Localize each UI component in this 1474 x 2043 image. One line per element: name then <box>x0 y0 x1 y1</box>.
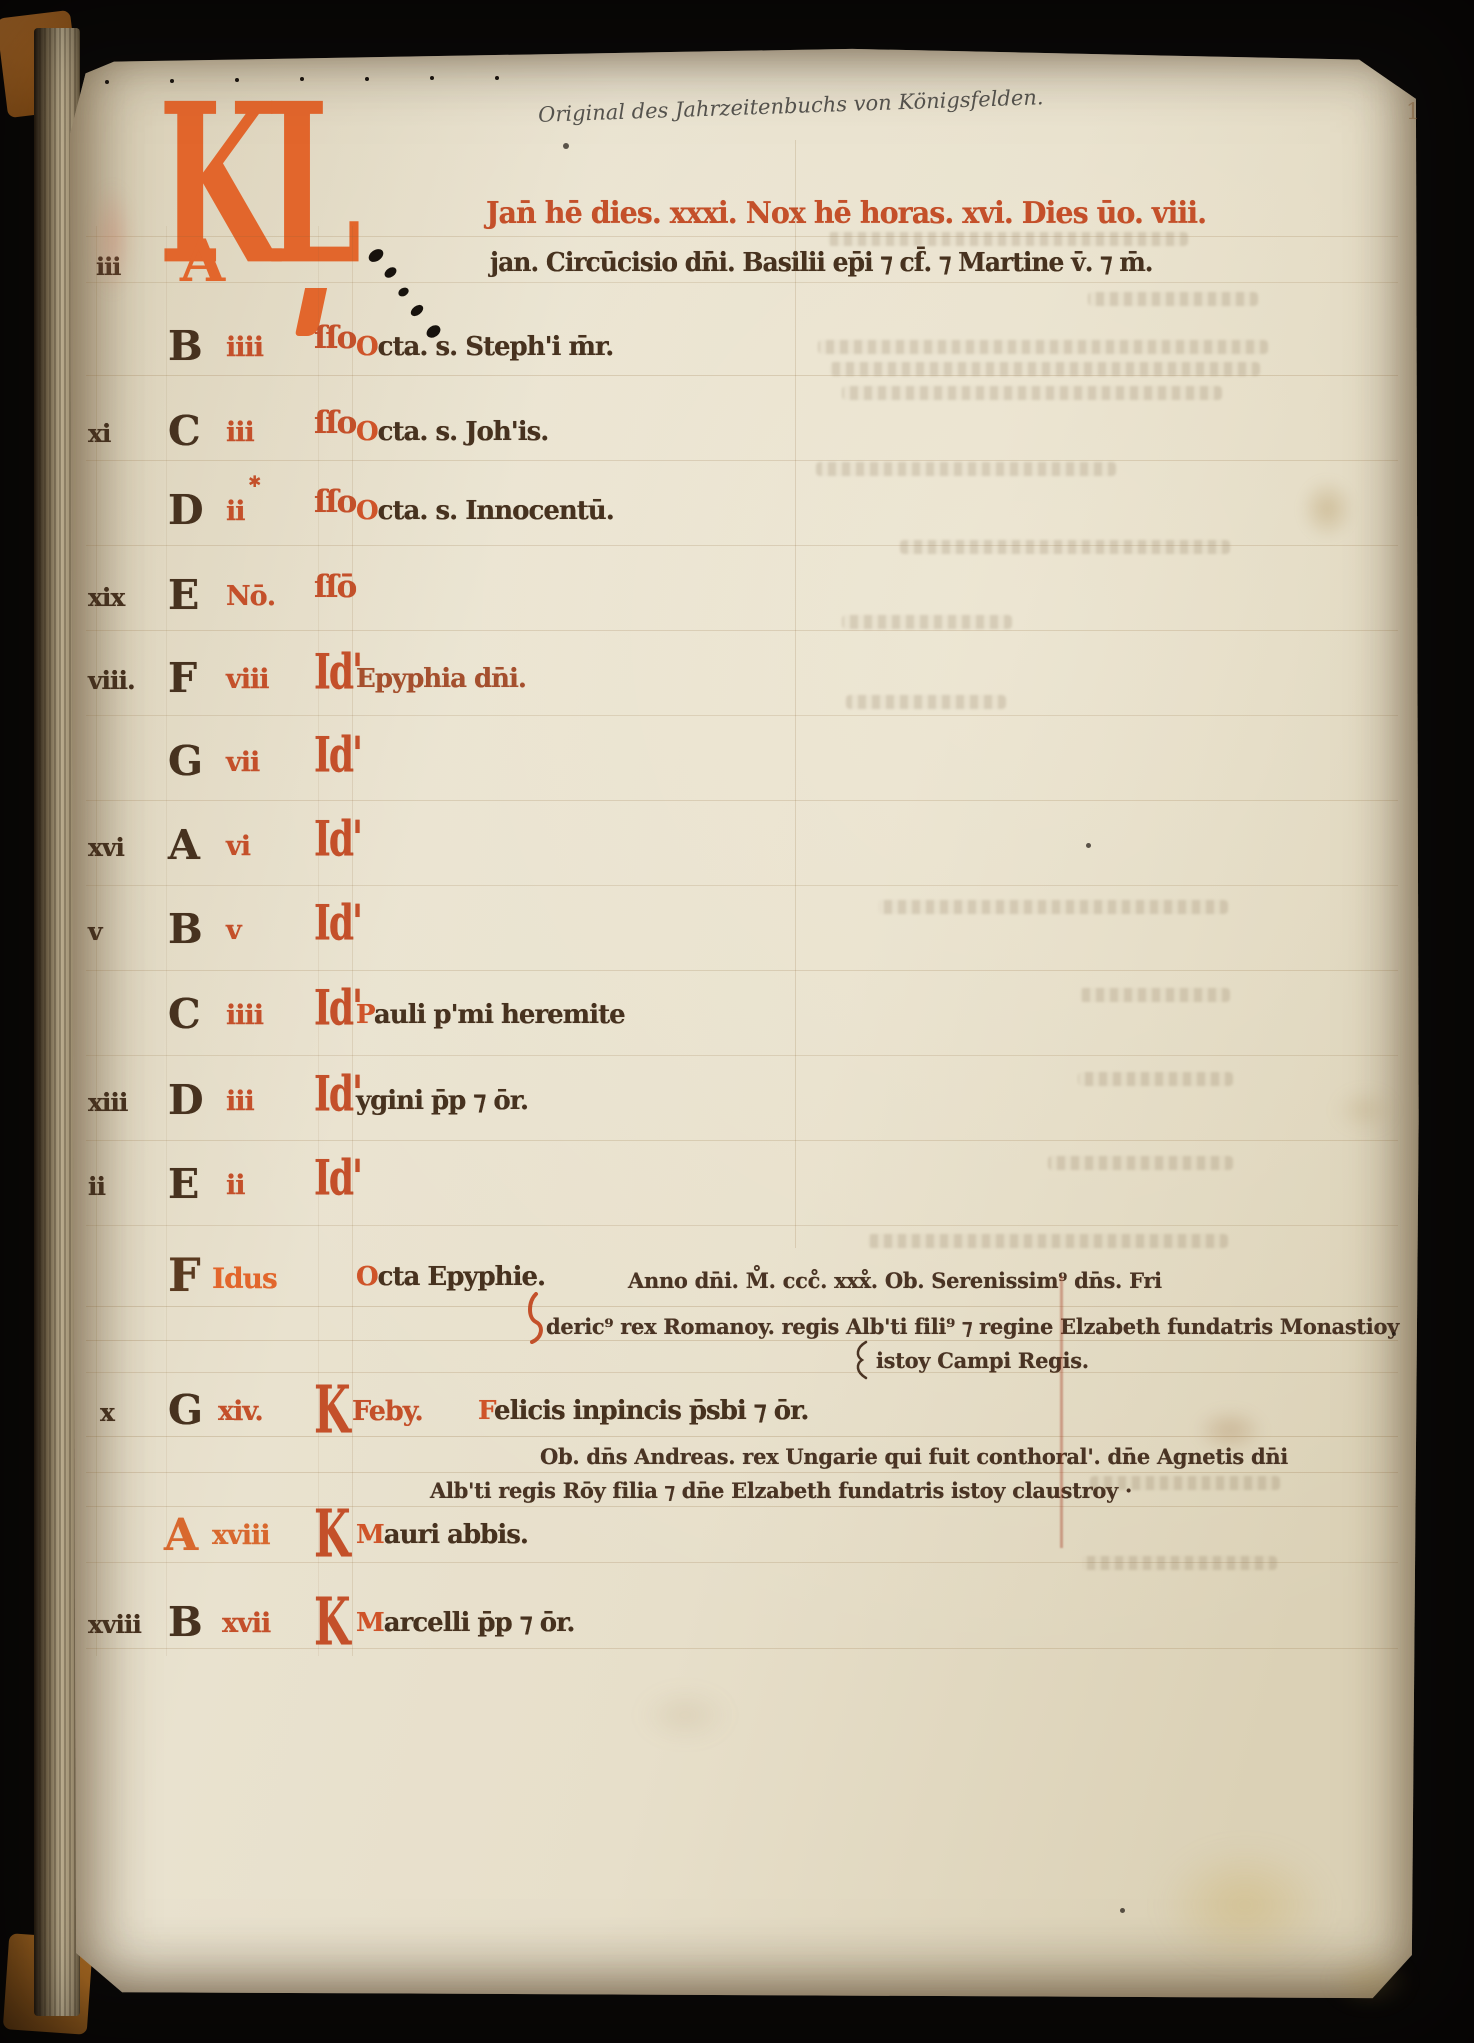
idus-mark: Id' <box>314 644 361 701</box>
bleedthrough-text <box>1082 1556 1277 1570</box>
calendar-row: D ii ✱ ſſo Octa. s. Innocentū. <box>0 492 1474 552</box>
day-count: iiii <box>226 1000 263 1031</box>
dominical-letter: B <box>168 1598 202 1646</box>
dominical-letter: C <box>168 990 200 1038</box>
prick-hole <box>105 80 109 84</box>
golden-number: xiii <box>88 1088 127 1117</box>
ink-speck <box>1392 1332 1396 1336</box>
feast-entry: Mauri abbis. <box>356 1520 528 1550</box>
ruling-line <box>86 970 1398 971</box>
ink-speck <box>563 143 569 149</box>
dominical-letter: F <box>168 1248 200 1302</box>
bleedthrough-red-line <box>1060 1276 1063 1548</box>
calendar-row: viii. F viii Id' Epyphia dn̄i. <box>0 660 1474 720</box>
ruling-line <box>86 282 1398 283</box>
ruling-line <box>86 715 1398 716</box>
day-count: iii <box>226 1086 254 1117</box>
rubric-flourish <box>524 1292 546 1344</box>
nonas-mark: ſſo <box>314 405 355 441</box>
bleedthrough-text <box>1078 1072 1233 1086</box>
day-count: vii <box>226 747 259 778</box>
idus-label: Idus <box>212 1262 277 1295</box>
month-header-line: Jan̄ hē dies. xxxi. Nox hē horas. xvi. D… <box>486 196 1206 231</box>
bleedthrough-text <box>868 1234 1228 1248</box>
dominical-letter: C <box>168 407 200 455</box>
feast-entry: Marcelli p̄p ⁊ ōr. <box>356 1608 574 1638</box>
day-count: xiv. <box>218 1396 263 1427</box>
bleedthrough-text <box>1048 1156 1233 1170</box>
golden-number: viii. <box>88 666 135 695</box>
obit-andreas-line1: Ob. dn̄s Andreas. rex Ungarie qui fuit c… <box>540 1444 1288 1469</box>
calendar-row: C iiii Id' Pauli p'mi heremite <box>0 996 1474 1056</box>
ruling-line-vertical <box>795 140 796 1248</box>
calendar-row: xvi A vi Id' <box>0 827 1474 887</box>
ruling-line <box>86 885 1398 886</box>
obit-frederick-line3: istoy Campi Regis. <box>876 1348 1089 1373</box>
bleedthrough-text <box>1090 1476 1280 1490</box>
ruling-line <box>86 630 1398 631</box>
dominical-letter: B <box>168 905 202 953</box>
calendar-row: xiii D iii Id' ygini p̄p ⁊ ōr. <box>0 1082 1474 1142</box>
day-count: iii <box>226 417 254 448</box>
idus-mark: Id' <box>314 811 361 868</box>
day-count: xvii <box>222 1608 270 1639</box>
feast-entry: Octa. s. Steph'i m̄r. <box>356 332 613 362</box>
dominical-letter: D <box>168 486 203 534</box>
parchment-stain <box>640 1690 730 1740</box>
ruling-line <box>86 1648 1398 1649</box>
bleedthrough-text <box>1080 988 1230 1002</box>
calendar-row: xix E Nō. ſſō <box>0 577 1474 637</box>
parchment-stain <box>1330 1956 1410 2006</box>
ruling-line <box>86 1055 1398 1056</box>
golden-number: xix <box>88 583 124 612</box>
golden-number: xi <box>88 419 110 448</box>
prick-hole <box>495 76 499 80</box>
ink-speck <box>1120 1908 1125 1913</box>
obit-frederick-line2: deric⁹ rex Romanoy. regis Alb'ti fili⁹ ⁊… <box>546 1314 1399 1339</box>
bleedthrough-text <box>816 462 1116 476</box>
bleedthrough-text <box>846 695 1006 709</box>
feast-entry: Octa Epyphie. <box>356 1262 545 1292</box>
prick-hole <box>300 77 304 81</box>
feast-entry: ygini p̄p ⁊ ōr. <box>356 1086 528 1116</box>
day-count: xviii <box>212 1520 270 1551</box>
bleedthrough-text <box>842 615 1012 629</box>
asterisk-mark: ✱ <box>248 472 261 491</box>
nonas-mark: ſſō <box>314 569 355 605</box>
idus-mark: Id' <box>314 980 361 1037</box>
golden-number: v <box>88 917 102 946</box>
ruling-line <box>86 1140 1398 1141</box>
folio-number: 1 <box>1406 100 1420 125</box>
ruling-line <box>86 1372 1398 1373</box>
bleedthrough-text <box>842 386 1222 400</box>
calendar-row: B iiii ſſo Octa. s. Steph'i m̄r. <box>0 328 1474 388</box>
dominical-letter: E <box>168 1160 198 1208</box>
scribal-tie-mark <box>852 1340 870 1380</box>
dominical-letter: F <box>168 654 196 702</box>
calendar-row: G vii Id' <box>0 743 1474 803</box>
ruling-line-vertical <box>166 226 167 1656</box>
parchment-stain <box>1195 1408 1265 1453</box>
golden-number: xvi <box>88 833 124 862</box>
calendar-row: xi C iii ſſo Octa. s. Joh'is. <box>0 413 1474 473</box>
feast-entry: Epyphia dn̄i. <box>356 664 526 694</box>
ruling-line <box>86 1225 1398 1226</box>
day-count: viii <box>226 664 268 695</box>
prick-hole <box>430 76 434 80</box>
golden-number: x <box>100 1398 114 1427</box>
dominical-letter: G <box>168 1386 202 1434</box>
dominical-letter: B <box>168 322 202 370</box>
bleedthrough-text <box>818 340 1268 354</box>
ruling-line <box>86 800 1398 801</box>
ink-speck <box>1086 843 1091 848</box>
ruling-line <box>86 236 1398 237</box>
day-count: vi <box>226 831 250 862</box>
dominical-letter: A <box>164 1510 197 1561</box>
feast-entry: Octa. s. Innocentū. <box>356 496 614 526</box>
day-count: v <box>226 915 241 946</box>
prick-hole <box>365 77 369 81</box>
ruling-line <box>86 1472 1398 1473</box>
calendar-row-kalends: xviii B xvii K Marcelli p̄p ⁊ ōr. <box>0 1604 1474 1664</box>
parchment-stain <box>1335 1090 1395 1130</box>
day-count: Nō. <box>226 581 275 612</box>
kalends-mark: K <box>314 1496 349 1572</box>
dominical-letter: E <box>168 571 198 619</box>
bleedthrough-text <box>878 900 1228 914</box>
idus-mark: Id' <box>314 895 361 952</box>
day-count: iiii <box>226 332 263 363</box>
obit-frederick-line1: Anno dn̄i. M̊. ccc̊. xxx̊. Ob. Serenissi… <box>628 1268 1162 1293</box>
ruling-line-vertical <box>318 226 319 1656</box>
parchment-stain <box>1160 1845 1330 1965</box>
dominical-letter: D <box>168 1076 203 1124</box>
calendar-row: v B v Id' <box>0 911 1474 971</box>
dominical-letter: A <box>168 821 199 869</box>
ruling-line <box>86 1306 1398 1307</box>
feast-entry: Octa. s. Joh'is. <box>356 417 548 447</box>
nonas-mark: ſſo <box>314 320 355 356</box>
feast-entry: Pauli p'mi heremite <box>356 1000 625 1030</box>
ruling-line-vertical <box>352 226 353 1656</box>
circumcision-entry-line: jan. Circūcisio dn̄i. Basilii ep̄i ⁊ cf̄… <box>490 248 1153 278</box>
manuscript-photo: Original des Jahrzeitenbuchs von Königsf… <box>0 0 1474 2043</box>
bleedthrough-text <box>900 540 1230 554</box>
feast-entry: Felicis inpincis p̄sbi ⁊ ōr. <box>478 1396 808 1426</box>
parchment-stain <box>1300 478 1355 540</box>
idus-mark: Id' <box>314 727 361 784</box>
ruling-line <box>86 1340 1398 1341</box>
obit-andreas-line2: Alb'ti regis Rōy filia ⁊ dn̄e Elzabeth f… <box>430 1478 1132 1503</box>
prick-hole <box>235 78 239 82</box>
idus-mark: Id' <box>314 1066 361 1123</box>
month-label-february: Feby. <box>352 1396 423 1427</box>
day-count: ii <box>226 1170 245 1201</box>
calendar-row: ii E ii Id' <box>0 1166 1474 1226</box>
ruling-line <box>86 460 1398 461</box>
bleedthrough-text <box>1088 292 1258 306</box>
prick-hole <box>170 79 174 83</box>
parchment-stain <box>90 182 134 297</box>
ruling-line-vertical <box>96 226 97 1656</box>
nonas-mark: ſſo <box>314 484 355 520</box>
idus-mark: Id' <box>314 1150 361 1207</box>
bleedthrough-text <box>828 232 1188 246</box>
ruling-line <box>86 1506 1398 1507</box>
dominical-letter: G <box>168 737 202 785</box>
bleedthrough-text <box>830 362 1260 376</box>
day-count: ii <box>226 496 245 527</box>
